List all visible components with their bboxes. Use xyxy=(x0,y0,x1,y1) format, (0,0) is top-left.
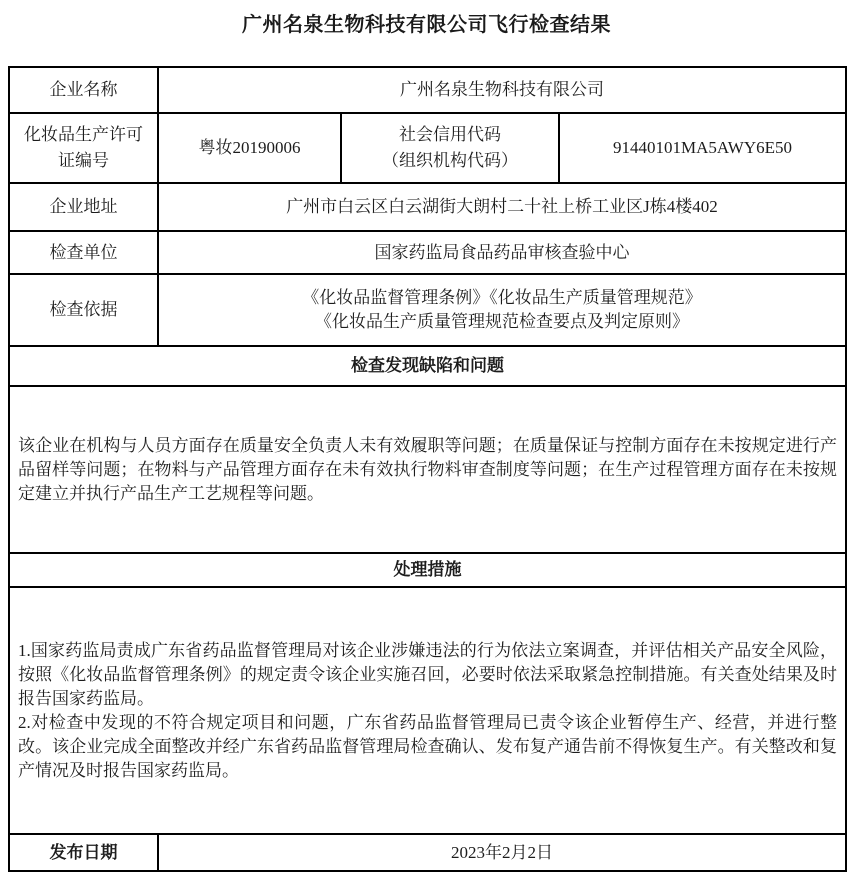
measures-content-cell: 1.国家药监局责成广东省药品监督管理局对该企业涉嫌违法的行为依法立案调查，并评估… xyxy=(9,587,846,834)
license-number-label-line1: 化妆品生产许可 xyxy=(18,122,149,148)
license-number-label: 化妆品生产许可 证编号 xyxy=(9,113,158,183)
inspection-basis-label: 检查依据 xyxy=(9,274,158,346)
company-name-label: 企业名称 xyxy=(9,67,158,113)
measures-section-header: 处理措施 xyxy=(9,553,846,587)
address-label: 企业地址 xyxy=(9,183,158,231)
license-number-value: 粤妆20190006 xyxy=(158,113,341,183)
table-row-license-and-credit: 化妆品生产许可 证编号 粤妆20190006 社会信用代码 （组织机构代码） 9… xyxy=(9,113,846,183)
company-name-value: 广州名泉生物科技有限公司 xyxy=(158,67,846,113)
table-row-company-name: 企业名称 广州名泉生物科技有限公司 xyxy=(9,67,846,113)
inspection-unit-value: 国家药监局食品药品审核查验中心 xyxy=(158,231,846,274)
table-row-inspection-basis: 检查依据 《化妆品监督管理条例》《化妆品生产质量管理规范》 《化妆品生产质量管理… xyxy=(9,274,846,346)
inspection-result-table: 企业名称 广州名泉生物科技有限公司 化妆品生产许可 证编号 粤妆20190006… xyxy=(8,66,847,872)
table-row-defects-header: 检查发现缺陷和问题 xyxy=(9,346,846,386)
publish-date-label: 发布日期 xyxy=(9,834,158,871)
address-value: 广州市白云区白云湖街大朗村二十社上桥工业区J栋4楼402 xyxy=(158,183,846,231)
inspection-basis-line1: 《化妆品监督管理条例》《化妆品生产质量管理规范》 xyxy=(167,286,837,310)
credit-code-label-line2: （组织机构代码） xyxy=(350,148,550,174)
table-row-defects-content: 该企业在机构与人员方面存在质量安全负责人未有效履职等问题；在质量保证与控制方面存… xyxy=(9,386,846,553)
inspection-basis-value: 《化妆品监督管理条例》《化妆品生产质量管理规范》 《化妆品生产质量管理规范检查要… xyxy=(158,274,846,346)
defects-content-text: 该企业在机构与人员方面存在质量安全负责人未有效履职等问题；在质量保证与控制方面存… xyxy=(18,434,837,506)
table-row-measures-content: 1.国家药监局责成广东省药品监督管理局对该企业涉嫌违法的行为依法立案调查，并评估… xyxy=(9,587,846,834)
table-row-inspection-unit: 检查单位 国家药监局食品药品审核查验中心 xyxy=(9,231,846,274)
defects-content-cell: 该企业在机构与人员方面存在质量安全负责人未有效履职等问题；在质量保证与控制方面存… xyxy=(9,386,846,553)
measures-item-2: 2.对检查中发现的不符合规定项目和问题，广东省药品监督管理局已责令该企业暂停生产… xyxy=(18,711,837,783)
table-row-publish-date: 发布日期 2023年2月2日 xyxy=(9,834,846,871)
inspection-result-document: 广州名泉生物科技有限公司飞行检查结果 企业名称 广州名泉生物科技有限公司 化妆品… xyxy=(0,0,853,875)
publish-date-value: 2023年2月2日 xyxy=(158,834,846,871)
inspection-unit-label: 检查单位 xyxy=(9,231,158,274)
credit-code-label: 社会信用代码 （组织机构代码） xyxy=(341,113,559,183)
inspection-basis-line2: 《化妆品生产质量管理规范检查要点及判定原则》 xyxy=(167,310,837,334)
measures-item-1: 1.国家药监局责成广东省药品监督管理局对该企业涉嫌违法的行为依法立案调查，并评估… xyxy=(18,639,837,711)
defects-section-header: 检查发现缺陷和问题 xyxy=(9,346,846,386)
credit-code-label-line1: 社会信用代码 xyxy=(350,122,550,148)
license-number-label-line2: 证编号 xyxy=(18,148,149,174)
page-title: 广州名泉生物科技有限公司飞行检查结果 xyxy=(0,0,853,38)
table-row-address: 企业地址 广州市白云区白云湖街大朗村二十社上桥工业区J栋4楼402 xyxy=(9,183,846,231)
table-row-measures-header: 处理措施 xyxy=(9,553,846,587)
credit-code-value: 91440101MA5AWY6E50 xyxy=(559,113,846,183)
